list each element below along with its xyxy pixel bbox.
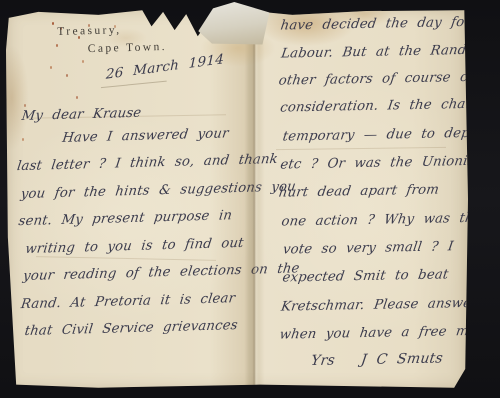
letter-paper: Treasury, Cape Town. 26 March 1914 My de… bbox=[6, 8, 468, 390]
handwritten-line: one action ? Why was the bbox=[280, 211, 482, 230]
signature-closing: Yrs bbox=[310, 353, 336, 370]
handwritten-line: temporary — due to depletion bbox=[282, 125, 500, 144]
handwritten-line: other factors of course come into bbox=[278, 69, 500, 89]
handwritten-line: etc ? Or was the Unionist bbox=[279, 154, 481, 173]
handwritten-line: Kretschmar. Please answer bbox=[280, 296, 479, 315]
handwritten-line: Have I answered your bbox=[61, 126, 229, 146]
salutation: My dear Krause bbox=[21, 106, 143, 124]
handwritten-line: that Civil Service grievances bbox=[24, 318, 239, 339]
letterhead-office: Treasury, bbox=[57, 24, 122, 38]
handwritten-line: writing to you is to find out bbox=[24, 236, 244, 257]
handwritten-line: expected Smit to beat bbox=[281, 267, 449, 285]
letter-page-left: Treasury, Cape Town. 26 March 1914 My de… bbox=[1, 5, 262, 394]
handwritten-line: last letter ? I think so, and thank bbox=[16, 152, 279, 174]
handwritten-line: sent. My present purpose in bbox=[18, 208, 233, 229]
fold-crease bbox=[249, 18, 259, 390]
handwritten-line: Rand. At Pretoria it is clear bbox=[20, 291, 236, 312]
signature-name: J C Smuts bbox=[360, 350, 444, 368]
handwritten-line: Labour. But at the Rand bbox=[280, 43, 467, 62]
handwritten-date: 26 March 1914 bbox=[106, 51, 225, 82]
handwritten-line: vote so very small ? I bbox=[282, 239, 454, 257]
letter-page-right: have decided the day for Labour. But at … bbox=[252, 6, 471, 392]
letterhead-city: Cape Town. bbox=[88, 41, 168, 55]
photo-background: Treasury, Cape Town. 26 March 1914 My de… bbox=[0, 0, 500, 398]
handwritten-line: when you have a free moment bbox=[279, 323, 500, 342]
handwritten-line: hurt dead apart from bbox=[278, 182, 440, 200]
handwritten-line: have decided the day for bbox=[280, 15, 472, 34]
handwritten-line: consideration. Is the change bbox=[279, 96, 492, 115]
